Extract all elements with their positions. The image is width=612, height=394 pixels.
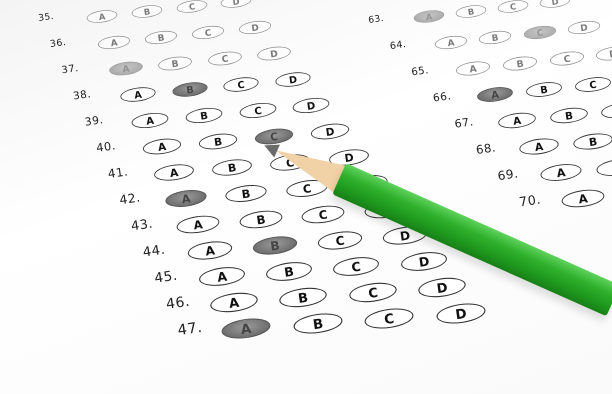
answer-sheet-photo: 35.ABCD36.ABCD37.ABCD38.ABCD39.ABCD40.AB… [0, 0, 612, 394]
answer-bubble: D [238, 19, 272, 36]
answer-bubble: C [497, 0, 529, 15]
answer-bubble: B [549, 106, 589, 126]
answer-bubble: C [348, 280, 398, 305]
answer-bubble: D [274, 70, 311, 88]
answer-bubble: B [572, 131, 612, 152]
question-number: 47. [177, 319, 204, 339]
answer-bubble: B [131, 3, 163, 19]
question-number: 46. [165, 294, 191, 313]
question-number: 45. [153, 268, 178, 287]
answer-bubble: A [97, 34, 131, 51]
answer-bubble: B [238, 208, 283, 230]
answer-bubble: B [158, 55, 193, 73]
answer-bubble: C [364, 306, 415, 332]
answer-bubble: A [108, 60, 143, 78]
question-number: 69. [497, 167, 520, 184]
answer-bubble: C [523, 24, 557, 41]
answer-bubble: A [164, 188, 207, 210]
answer-bubble: C [317, 229, 364, 252]
answer-bubble: B [455, 3, 487, 19]
answer-bubble: B [279, 285, 329, 310]
answer-bubble: A [455, 60, 491, 78]
question-number: 65. [411, 65, 430, 79]
answer-bubble: A [539, 162, 582, 184]
answer-bubble: A [476, 85, 514, 104]
answer-bubble: C [238, 101, 277, 120]
answer-bubble: B [265, 259, 313, 283]
question-number: 40. [96, 140, 117, 156]
answer-bubble: A [220, 316, 271, 342]
answer-bubble: C [549, 50, 585, 68]
answer-bubble: B [525, 80, 563, 99]
answer-bubble: A [86, 8, 118, 24]
answer-bubble: C [176, 0, 208, 15]
question-number: 35. [38, 11, 55, 24]
question-number: 63. [368, 13, 385, 26]
answer-bubble: C [207, 50, 242, 68]
question-number: 38. [72, 88, 91, 102]
answer-bubble: B [211, 157, 253, 178]
answer-bubble: B [198, 131, 238, 151]
answer-bubble: C [575, 75, 612, 94]
answer-bubble: B [596, 157, 612, 179]
answer-bubble: C [600, 101, 612, 121]
answer-bubble: C [332, 254, 380, 278]
question-number: 39. [84, 114, 104, 129]
answer-bubble: D [310, 121, 350, 141]
answer-bubble: A [497, 111, 537, 131]
answer-bubble: D [256, 45, 291, 63]
question-number: 66. [432, 90, 452, 105]
question-number: 44. [142, 242, 166, 260]
answer-bubble: D [417, 275, 467, 300]
answer-bubble: B [171, 80, 208, 98]
answer-bubble: A [120, 85, 157, 103]
answer-bubble: D [435, 301, 486, 327]
answer-bubble: B [184, 106, 223, 125]
answer-bubble: C [223, 75, 260, 93]
answer-bubble: A [518, 136, 559, 157]
answer-bubble: A [209, 290, 259, 315]
answer-bubble: B [502, 55, 538, 73]
question-number: 42. [119, 191, 142, 208]
question-number: 70. [518, 193, 542, 211]
question-number: 64. [389, 39, 407, 52]
answer-bubble: B [292, 311, 343, 337]
answer-bubble: A [560, 187, 605, 209]
question-number: 67. [454, 116, 475, 131]
question-number: 37. [61, 63, 80, 77]
question-number: 36. [49, 37, 67, 50]
answer-bubble: A [175, 213, 220, 235]
question-number: 68. [475, 141, 497, 157]
answer-bubble: D [292, 96, 331, 115]
answer-bubble: B [252, 234, 299, 257]
answer-bubble: A [142, 136, 182, 156]
question-number: 43. [130, 217, 154, 235]
answer-bubble: D [220, 0, 252, 10]
answer-bubble: A [187, 239, 234, 262]
answer-bubble: A [153, 162, 195, 183]
answer-bubble: C [191, 24, 225, 41]
answer-bubble: A [198, 264, 246, 288]
answer-bubble: A [413, 8, 445, 24]
answer-bubble: A [434, 34, 468, 51]
answer-bubble: B [478, 29, 512, 46]
answer-bubble: D [595, 45, 612, 63]
answer-bubble: B [144, 29, 178, 46]
answer-bubble: A [131, 111, 170, 130]
answer-bubble: D [539, 0, 571, 10]
question-number: 41. [107, 165, 129, 181]
answer-bubble: D [567, 19, 601, 36]
